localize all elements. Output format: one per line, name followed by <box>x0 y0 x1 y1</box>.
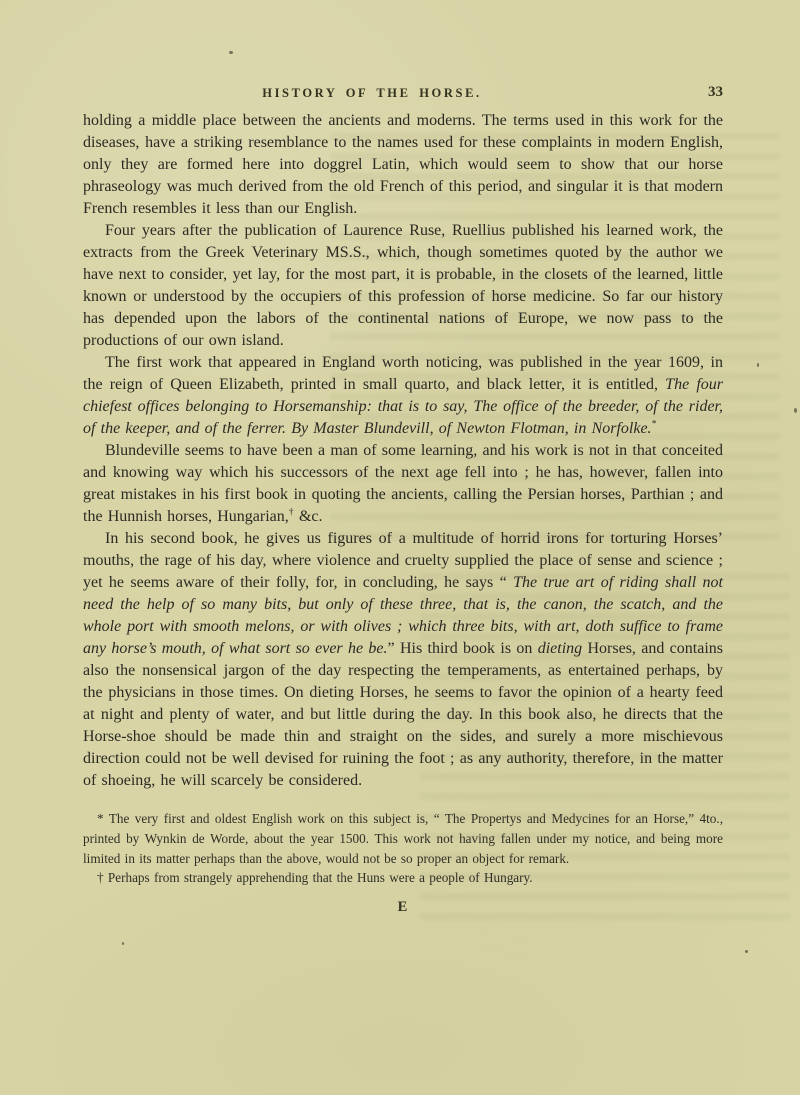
paragraph: holding a middle place between the ancie… <box>83 110 723 220</box>
book-page: HISTORY OF THE HORSE. 33 holding a middl… <box>0 0 800 1095</box>
running-head: HISTORY OF THE HORSE. 33 <box>83 84 723 106</box>
body-text: holding a middle place between the ancie… <box>83 110 723 792</box>
footnote-text: The very first and oldest English work o… <box>83 811 723 866</box>
page-number: 33 <box>708 84 723 101</box>
text-segment: &c. <box>294 508 323 525</box>
footnote-marker: * <box>652 419 657 430</box>
ink-speck <box>794 408 797 413</box>
footnote: * The very first and oldest English work… <box>83 809 723 868</box>
footnotes: * The very first and oldest English work… <box>83 809 723 888</box>
text-block: HISTORY OF THE HORSE. 33 holding a middl… <box>83 84 723 916</box>
text-segment: holding a middle place between the ancie… <box>83 112 723 217</box>
signature-mark: E <box>83 899 723 916</box>
page-title: HISTORY OF THE HORSE. <box>262 86 481 101</box>
footnote-text: Perhaps from strangely apprehending that… <box>104 870 533 885</box>
paragraph: Blundeville seems to have been a man of … <box>83 440 723 528</box>
text-segment: Four years after the publication of Laur… <box>83 222 723 349</box>
footnote-marker: * <box>97 811 104 826</box>
text-segment: dieting <box>538 640 582 657</box>
ink-speck <box>757 363 759 367</box>
text-segment: Blundeville seems to have been a man of … <box>83 442 723 525</box>
text-segment: The first work that appeared in England … <box>83 354 723 393</box>
ink-speck <box>745 950 748 953</box>
footnote-marker: † <box>97 870 104 885</box>
paragraph: In his second book, he gives us figures … <box>83 528 723 792</box>
text-segment: ” His third book is on <box>388 640 538 657</box>
paragraph: The first work that appeared in England … <box>83 352 723 440</box>
text-segment: Horses, and contains also the nonsensica… <box>83 640 723 789</box>
ink-speck <box>122 942 124 945</box>
paragraph: Four years after the publication of Laur… <box>83 220 723 352</box>
footnote: † Perhaps from strangely apprehending th… <box>83 868 723 888</box>
ink-speck <box>229 51 233 54</box>
